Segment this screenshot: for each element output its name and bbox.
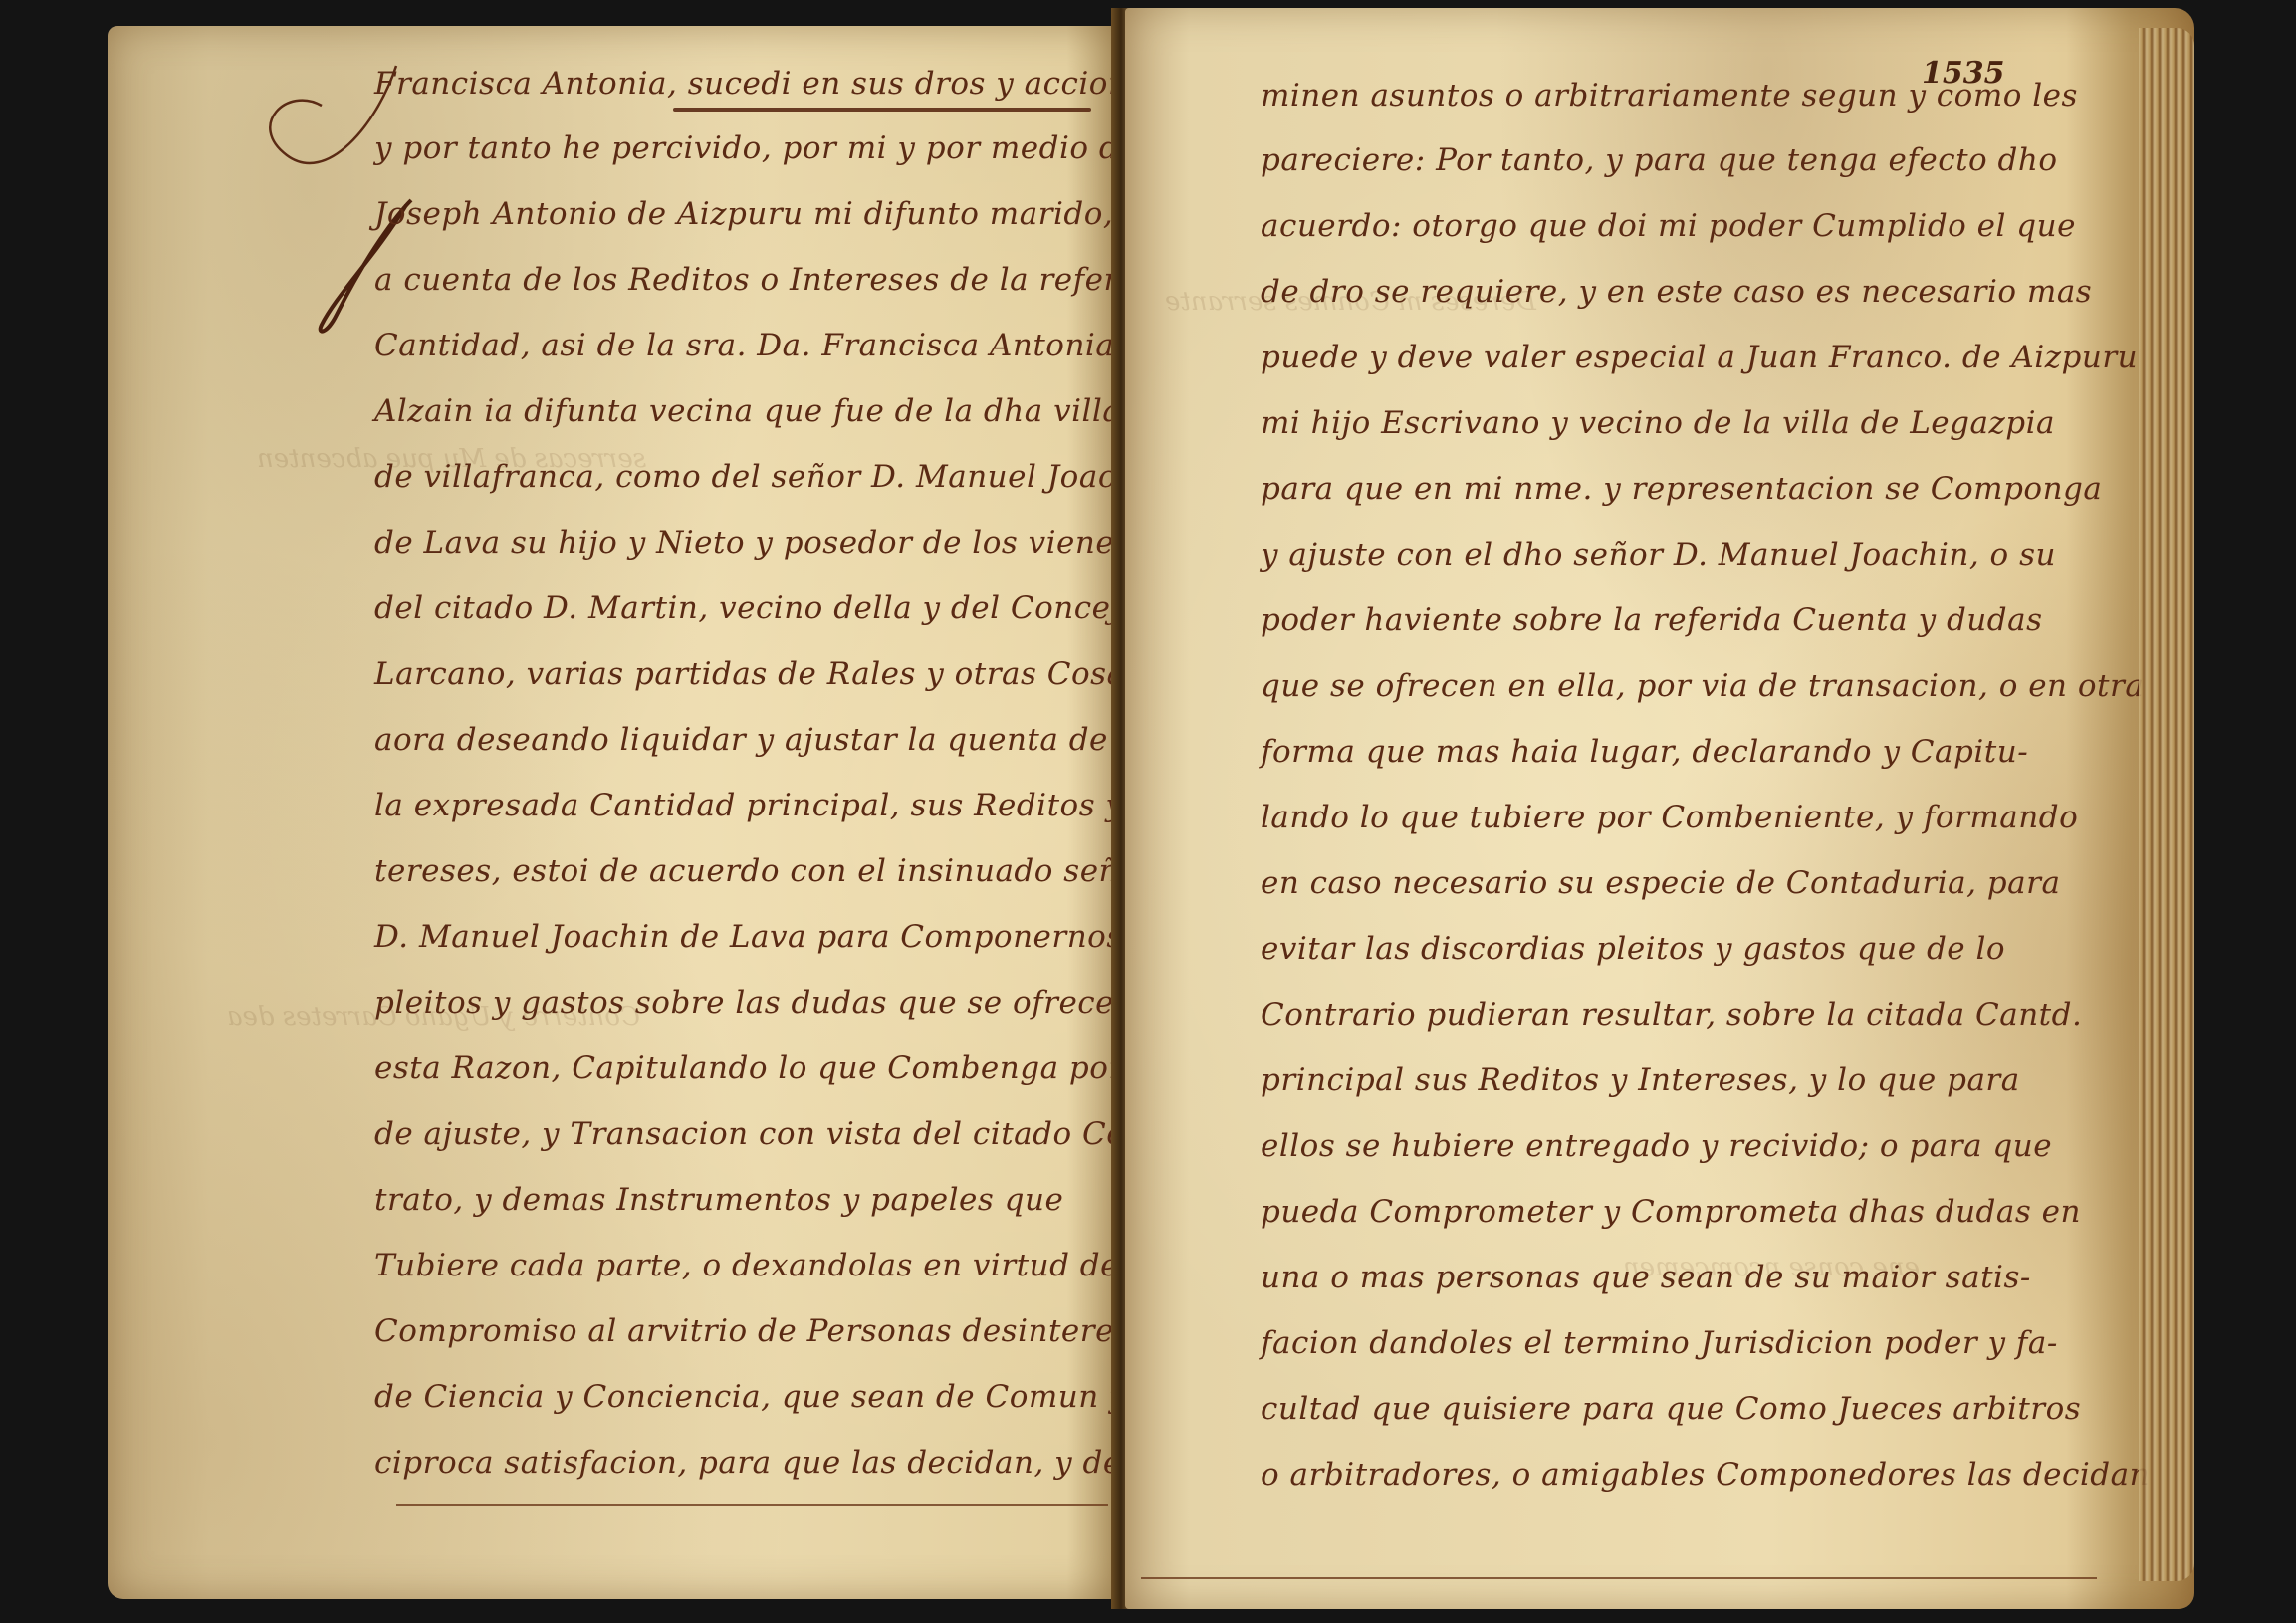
manuscript-line: acuerdo: otorgo que doi mi poder Cumplid… — [1261, 208, 2076, 244]
manuscript-line: Alzain ia difunta vecina que fue de la d… — [374, 393, 1117, 429]
manuscript-line: y ajuste con el dho señor D. Manuel Joac… — [1261, 537, 2056, 573]
manuscript-line: pleitos y gastos sobre las dudas que se … — [374, 985, 1117, 1021]
left-page: serrecas de Mu pue abcenten Conterre y U… — [108, 26, 1117, 1599]
manuscript-line: que se ofrecen en ella, por via de trans… — [1261, 668, 2144, 704]
manuscript-line: Joseph Antonio de Aizpuru mi difunto mar… — [374, 196, 1113, 232]
manuscript-line: pueda Comprometer y Comprometa dhas duda… — [1261, 1194, 2081, 1230]
right-page: Dereses m Conmes serrante ene conse ncom… — [1125, 8, 2194, 1609]
manuscript-line: en caso necesario su especie de Contadur… — [1261, 865, 2060, 901]
page-stack-fore-edge — [2139, 28, 2194, 1581]
right-page-text: minen asuntos o arbitrariamente segun y … — [1261, 78, 2157, 1571]
manuscript-line: evitar las discordias pleitos y gastos q… — [1261, 931, 2005, 967]
manuscript-line: forma que mas haia lugar, declarando y C… — [1261, 734, 2028, 770]
manuscript-line: lando lo que tubiere por Combeniente, y … — [1261, 800, 2078, 835]
manuscript-line: mi hijo Escrivano y vecino de la villa d… — [1261, 405, 2055, 441]
manuscript-line: y por tanto he percivido, por mi y por m… — [374, 130, 1117, 166]
manuscript-line: cultad que quisiere para que Como Jueces… — [1261, 1391, 2081, 1427]
manuscript-line: de dro se requiere, y en este caso es ne… — [1261, 274, 2092, 310]
manuscript-line: Tubiere cada parte, o dexandolas en virt… — [374, 1248, 1117, 1283]
underline-mark — [673, 108, 1091, 112]
manuscript-line: pareciere: Por tanto, y para que tenga e… — [1261, 142, 2058, 178]
manuscript-line: de villafranca, como del señor D. Manuel… — [374, 459, 1117, 495]
manuscript-line: una o mas personas que sean de su maior … — [1261, 1260, 2031, 1295]
manuscript-line: trato, y demas Instrumentos y papeles qu… — [374, 1182, 1063, 1218]
manuscript-line: minen asuntos o arbitrariamente segun y … — [1261, 78, 2078, 114]
manuscript-line: del citado D. Martin, vecino della y del… — [374, 590, 1117, 626]
manuscript-line: Larcano, varias partidas de Rales y otra… — [374, 656, 1117, 692]
manuscript-line: tereses, estoi de acuerdo con el insinua… — [374, 853, 1117, 889]
manuscript-line: Contrario pudieran resultar, sobre la ci… — [1261, 997, 2082, 1033]
manuscript-line: a cuenta de los Reditos o Intereses de l… — [374, 262, 1117, 298]
manuscript-line: Compromiso al arvitrio de Personas desin… — [374, 1313, 1117, 1349]
manuscript-line: Francisca Antonia, sucedi en sus dros y … — [374, 66, 1117, 102]
manuscript-line: de Ciencia y Conciencia, que sean de Com… — [374, 1379, 1117, 1415]
manuscript-line: de ajuste, y Transacion con vista del ci… — [374, 1116, 1117, 1152]
manuscript-line: D. Manuel Joachin de Lava para Componern… — [374, 919, 1117, 955]
document-viewer: serrecas de Mu pue abcenten Conterre y U… — [0, 0, 2296, 1623]
manuscript-line: ciproca satisfacion, para que las decida… — [374, 1445, 1117, 1481]
manuscript-line: de Lava su hijo y Nieto y posedor de los… — [374, 525, 1117, 561]
left-page-text: Francisca Antonia, sucedi en sus dros y … — [374, 66, 1111, 1559]
manuscript-line: la expresada Cantidad principal, sus Red… — [374, 788, 1117, 823]
closing-rule-line — [1141, 1577, 2097, 1579]
manuscript-line: ellos se hubiere entregado y recivido; o… — [1261, 1128, 2052, 1164]
manuscript-line: o arbitradores, o amigables Componedores… — [1261, 1457, 2150, 1493]
manuscript-line: puede y deve valer especial a Juan Franc… — [1261, 340, 2138, 375]
manuscript-line: aora deseando liquidar y ajustar la quen… — [374, 722, 1108, 758]
manuscript-line: Cantidad, asi de la sra. Da. Francisca A… — [374, 328, 1117, 363]
manuscript-line: principal sus Reditos y Intereses, y lo … — [1261, 1062, 2020, 1098]
open-manuscript-book: serrecas de Mu pue abcenten Conterre y U… — [108, 8, 2194, 1609]
manuscript-line: facion dandoles el termino Jurisdicion p… — [1261, 1325, 2058, 1361]
manuscript-line: para que en mi nme. y representacion se … — [1261, 471, 2102, 507]
closing-rule-line — [396, 1504, 1108, 1506]
manuscript-line: esta Razon, Capitulando lo que Combenga … — [374, 1050, 1117, 1086]
manuscript-line: poder haviente sobre la referida Cuenta … — [1261, 602, 2043, 638]
